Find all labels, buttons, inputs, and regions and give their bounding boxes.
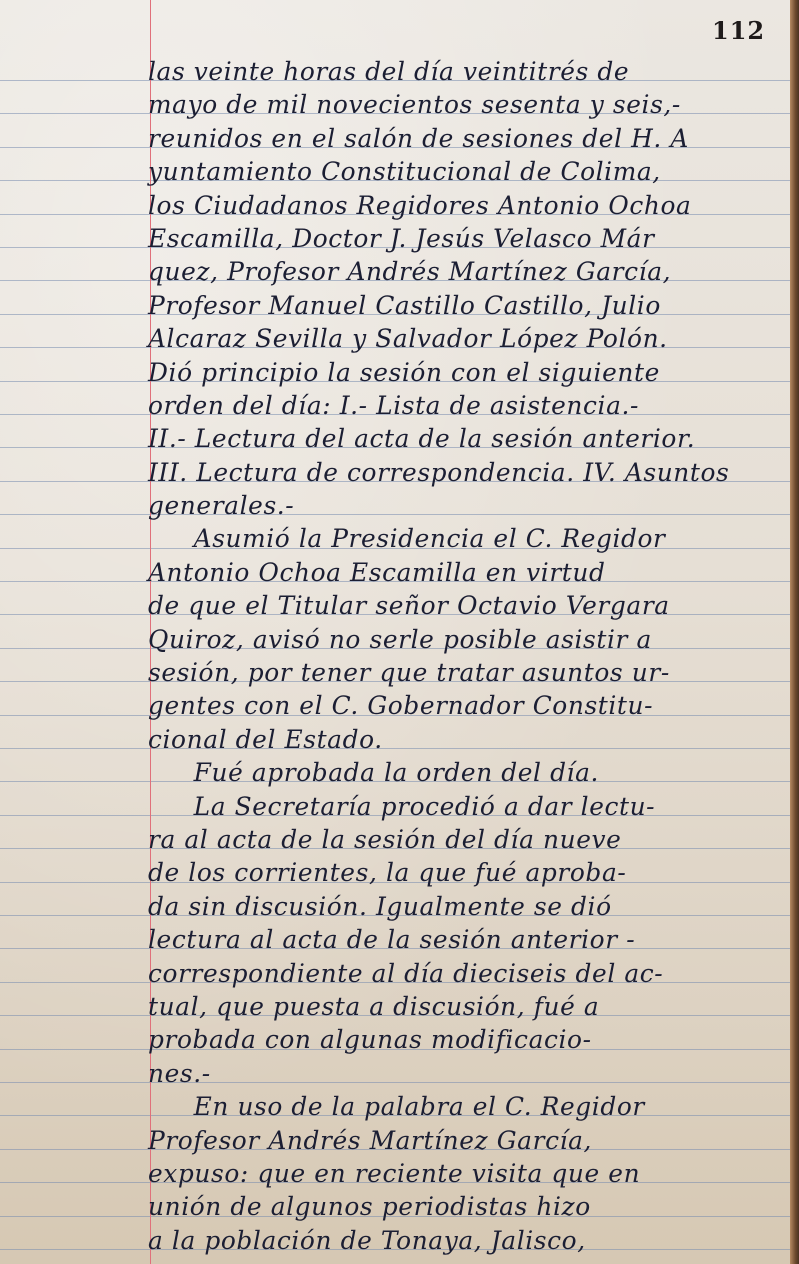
handwritten-line: lectura al acta de la sesión anterior - — [148, 923, 784, 956]
handwritten-line: Antonio Ochoa Escamilla en virtud — [148, 556, 784, 589]
handwritten-line: Dió principio la sesión con el siguiente — [148, 356, 784, 389]
handwritten-line: Fué aprobada la orden del día. — [148, 756, 784, 789]
handwritten-line: las veinte horas del día veintitrés de — [148, 55, 784, 88]
handwritten-line: Quiroz, avisó no serle posible asistir a — [148, 623, 784, 656]
handwritten-line: II.- Lectura del acta de la sesión anter… — [148, 422, 784, 455]
handwritten-line: Profesor Andrés Martínez García, — [148, 1124, 784, 1157]
handwritten-line: yuntamiento Constitucional de Colima, — [148, 155, 784, 188]
handwritten-line: mayo de mil novecientos sesenta y seis,- — [148, 88, 784, 121]
handwritten-line: expuso: que en reciente visita que en — [148, 1157, 784, 1190]
handwritten-line: de los corrientes, la que fué aproba- — [148, 856, 784, 889]
handwritten-line: quez, Profesor Andrés Martínez García, — [148, 255, 784, 288]
handwritten-line: de que el Titular señor Octavio Vergara — [148, 589, 784, 622]
handwritten-line: los Ciudadanos Regidores Antonio Ochoa — [148, 189, 784, 222]
handwritten-line: Alcaraz Sevilla y Salvador López Polón. — [148, 322, 784, 355]
handwritten-line: reunidos en el salón de sesiones del H. … — [148, 122, 784, 155]
handwritten-line: En uso de la palabra el C. Regidor — [148, 1090, 784, 1123]
handwritten-line: Profesor Manuel Castillo Castillo, Julio — [148, 289, 784, 322]
handwritten-line: da sin discusión. Igualmente se dió — [148, 890, 784, 923]
handwritten-line: a la población de Tonaya, Jalisco, — [148, 1224, 784, 1257]
ledger-page: 112 las veinte horas del día veintitrés … — [0, 0, 790, 1264]
handwritten-line: correspondiente al día dieciseis del ac- — [148, 957, 784, 990]
handwritten-line: III. Lectura de correspondencia. IV. Asu… — [148, 456, 784, 489]
handwritten-line: orden del día: I.- Lista de asistencia.- — [148, 389, 784, 422]
handwritten-line: Asumió la Presidencia el C. Regidor — [148, 522, 784, 555]
handwritten-line: La Secretaría procedió a dar lectu- — [148, 790, 784, 823]
handwritten-line: ra al acta de la sesión del día nueve — [148, 823, 784, 856]
handwritten-line: generales.- — [148, 489, 784, 522]
handwritten-minutes-text: las veinte horas del día veintitrés dema… — [148, 55, 788, 1257]
handwritten-line: unión de algunos periodistas hizo — [148, 1190, 784, 1223]
handwritten-line: tual, que puesta a discusión, fué a — [148, 990, 784, 1023]
handwritten-line: probada con algunas modificacio- — [148, 1023, 784, 1056]
handwritten-line: Escamilla, Doctor J. Jesús Velasco Már — [148, 222, 784, 255]
page-number: 112 — [712, 16, 765, 45]
handwritten-line: nes.- — [148, 1057, 784, 1090]
handwritten-line: cional del Estado. — [148, 723, 784, 756]
handwritten-line: sesión, por tener que tratar asuntos ur- — [148, 656, 784, 689]
book-binding-edge — [790, 0, 799, 1264]
handwritten-line: gentes con el C. Gobernador Constitu- — [148, 689, 784, 722]
